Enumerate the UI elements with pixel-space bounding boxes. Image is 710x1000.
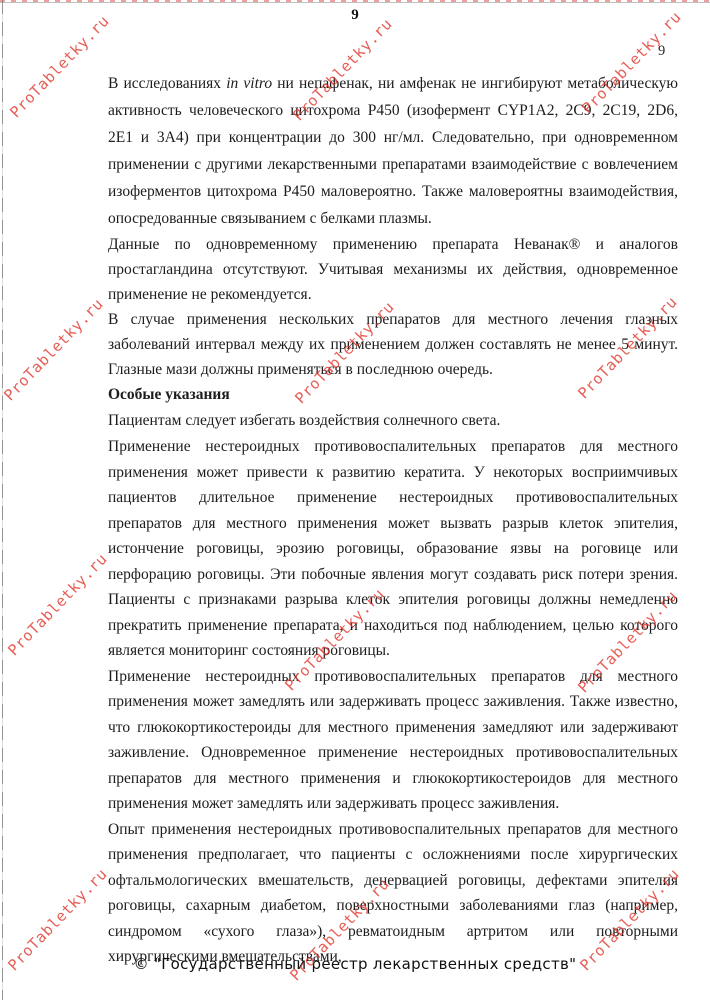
paragraph-interval-5min: В случае применения нескольких препарато…	[108, 307, 678, 382]
section-heading-special-instructions: Особые указания	[108, 382, 678, 408]
page-number: 9	[0, 7, 710, 24]
paragraph-keratitis-risk: Применение нестероидных противовоспалите…	[108, 434, 678, 664]
paragraph-surgical-experience: Опыт применения нестероидных противовосп…	[108, 817, 678, 970]
watermark: ProTabletky.ru	[6, 12, 113, 122]
scan-top-edge-line	[0, 2, 710, 3]
footer-copyright: © "Государственный реестр лекарственных …	[0, 955, 710, 973]
page-number-ghost: 9	[658, 43, 665, 60]
paragraph-invitro-rest: ни непафенак, ни амфенак не ингибируют м…	[108, 75, 678, 227]
paragraph-invitro-lead: В исследованиях	[108, 75, 226, 92]
watermark: ProTabletky.ru	[4, 550, 111, 660]
scan-left-edge-line	[2, 0, 3, 1000]
paragraph-nevanac-prostaglandin: Данные по одновременному применению преп…	[108, 232, 678, 307]
document-page: 9 9 В исследованиях in vitro ни непафена…	[0, 0, 710, 1000]
paragraph-invitro-cyp450: В исследованиях in vitro ни непафенак, н…	[108, 70, 678, 232]
watermark: ProTabletky.ru	[0, 295, 107, 405]
paragraph-healing-delay: Применение нестероидных противовоспалите…	[108, 664, 678, 817]
invitro-italic-term: in vitro	[226, 75, 272, 92]
document-body: В исследованиях in vitro ни непафенак, н…	[108, 70, 678, 970]
paragraph-sunlight: Пациентам следует избегать воздействия с…	[108, 408, 678, 434]
